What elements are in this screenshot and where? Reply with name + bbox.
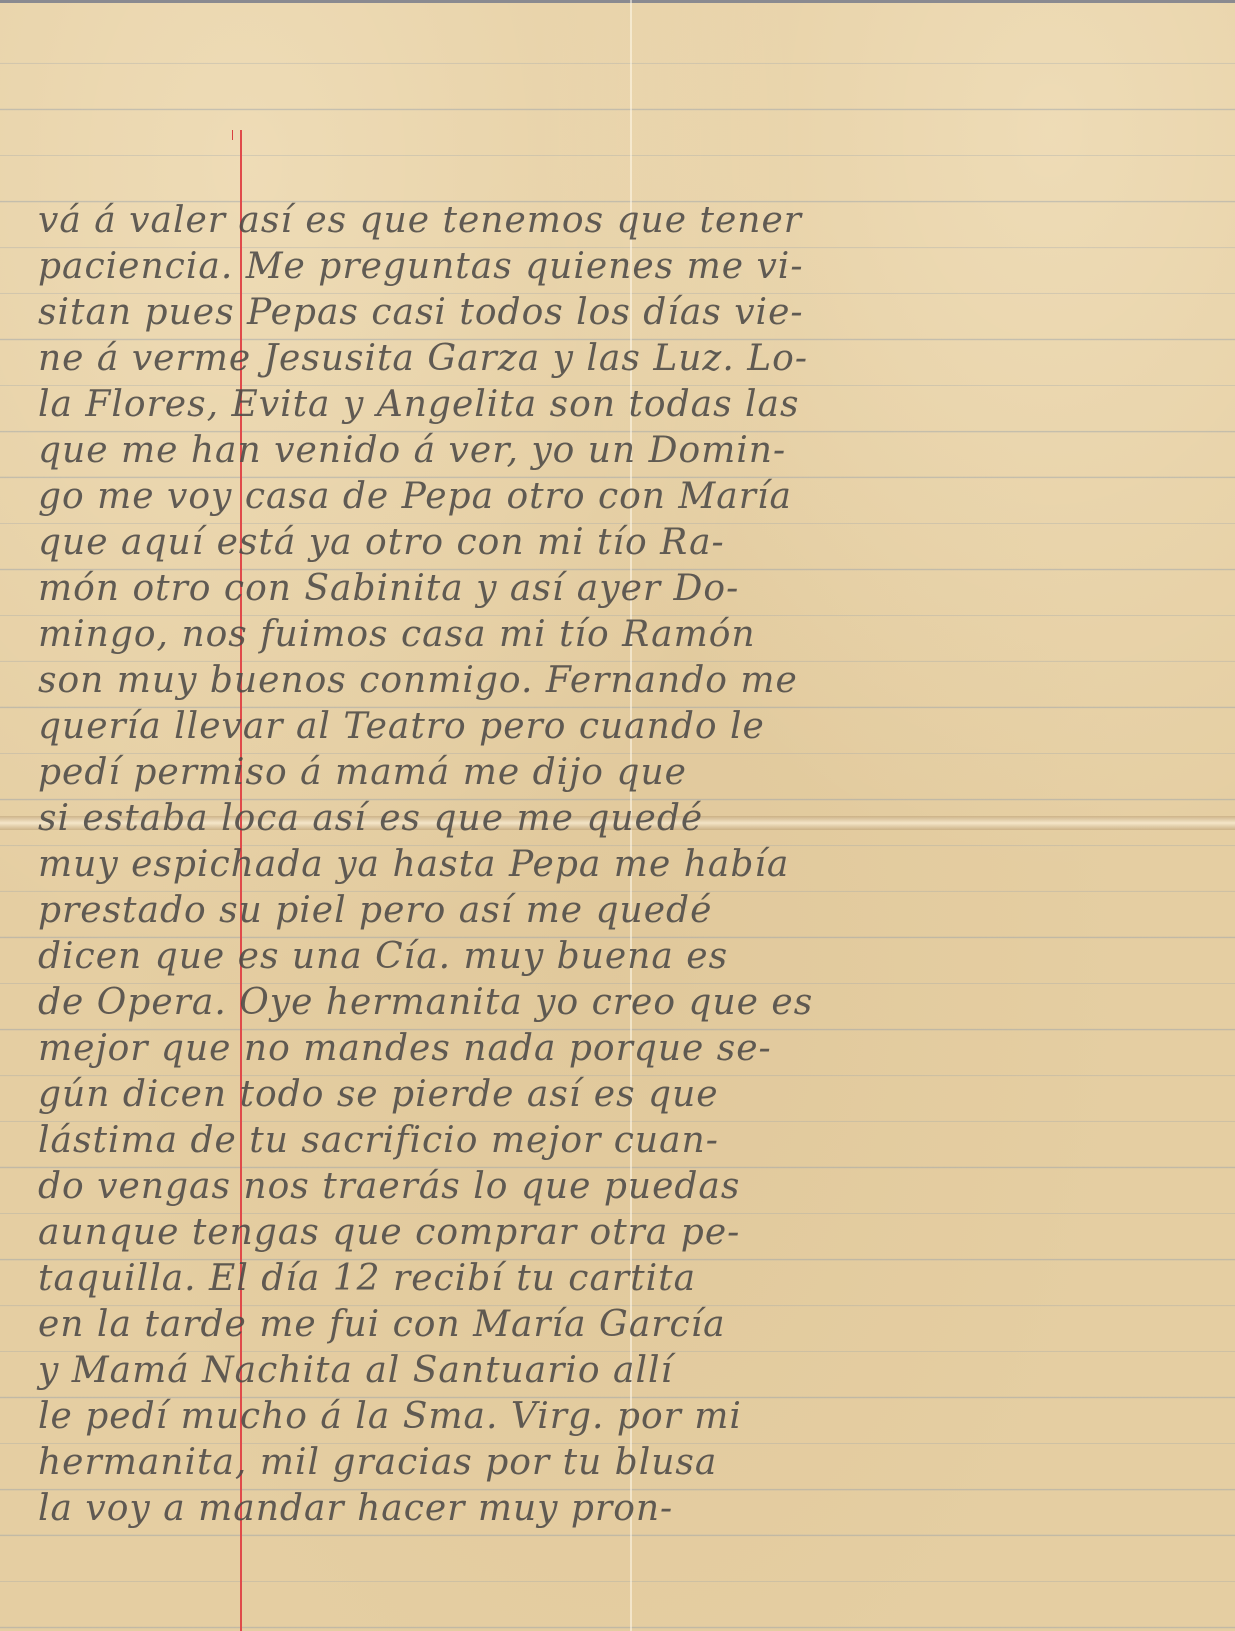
letter-line: que aquí está ya otro con mi tío Ra- — [38, 520, 1228, 566]
letter-line: dicen que es una Cía. muy buena es — [38, 934, 1228, 980]
letter-line: sitan pues Pepas casi todos los días vie… — [38, 290, 1228, 336]
letter-line: paciencia. Me preguntas quienes me vi- — [38, 244, 1228, 290]
letter-line: vá á valer así es que tenemos que tener — [38, 198, 1228, 244]
letter-line: prestado su piel pero así me quedé — [38, 888, 1228, 934]
letter-line: aunque tengas que comprar otra pe- — [38, 1210, 1228, 1256]
letter-body: vá á valer así es que tenemos que tener … — [38, 198, 1228, 1532]
letter-line: pedí permiso á mamá me dijo que — [38, 750, 1228, 796]
letter-line: gún dicen todo se pierde así es que — [38, 1072, 1228, 1118]
letter-line: taquilla. El día 12 recibí tu cartita — [38, 1256, 1228, 1302]
letter-line: en la tarde me fui con María García — [38, 1302, 1228, 1348]
letter-line: muy espichada ya hasta Pepa me había — [38, 842, 1228, 888]
letter-line: y Mamá Nachita al Santuario allí — [38, 1348, 1228, 1394]
letter-line: ne á verme Jesusita Garza y las Luz. Lo- — [38, 336, 1228, 382]
letter-line: hermanita, mil gracias por tu blusa — [38, 1440, 1228, 1486]
letter-line: lástima de tu sacrificio mejor cuan- — [38, 1118, 1228, 1164]
letter-line: la Flores, Evita y Angelita son todas la… — [38, 382, 1228, 428]
letter-line: son muy buenos conmigo. Fernando me — [38, 658, 1228, 704]
letter-line: do vengas nos traerás lo que puedas — [38, 1164, 1228, 1210]
letter-line: món otro con Sabinita y así ayer Do- — [38, 566, 1228, 612]
letter-line: quería llevar al Teatro pero cuando le — [38, 704, 1228, 750]
letter-line: mingo, nos fuimos casa mi tío Ramón — [38, 612, 1228, 658]
letter-line: go me voy casa de Pepa otro con María — [38, 474, 1228, 520]
red-margin-tick — [232, 130, 233, 140]
letter-line: mejor que no mandes nada porque se- — [38, 1026, 1228, 1072]
letter-line: si estaba loca así es que me quedé — [38, 796, 1228, 842]
letter-line: le pedí mucho á la Sma. Virg. por mi — [38, 1394, 1228, 1440]
letter-line: que me han venido á ver, yo un Domin- — [38, 428, 1228, 474]
letter-page: vá á valer así es que tenemos que tener … — [0, 0, 1235, 1631]
letter-line: de Opera. Oye hermanita yo creo que es — [38, 980, 1228, 1026]
letter-line: la voy a mandar hacer muy pron- — [38, 1486, 1228, 1532]
